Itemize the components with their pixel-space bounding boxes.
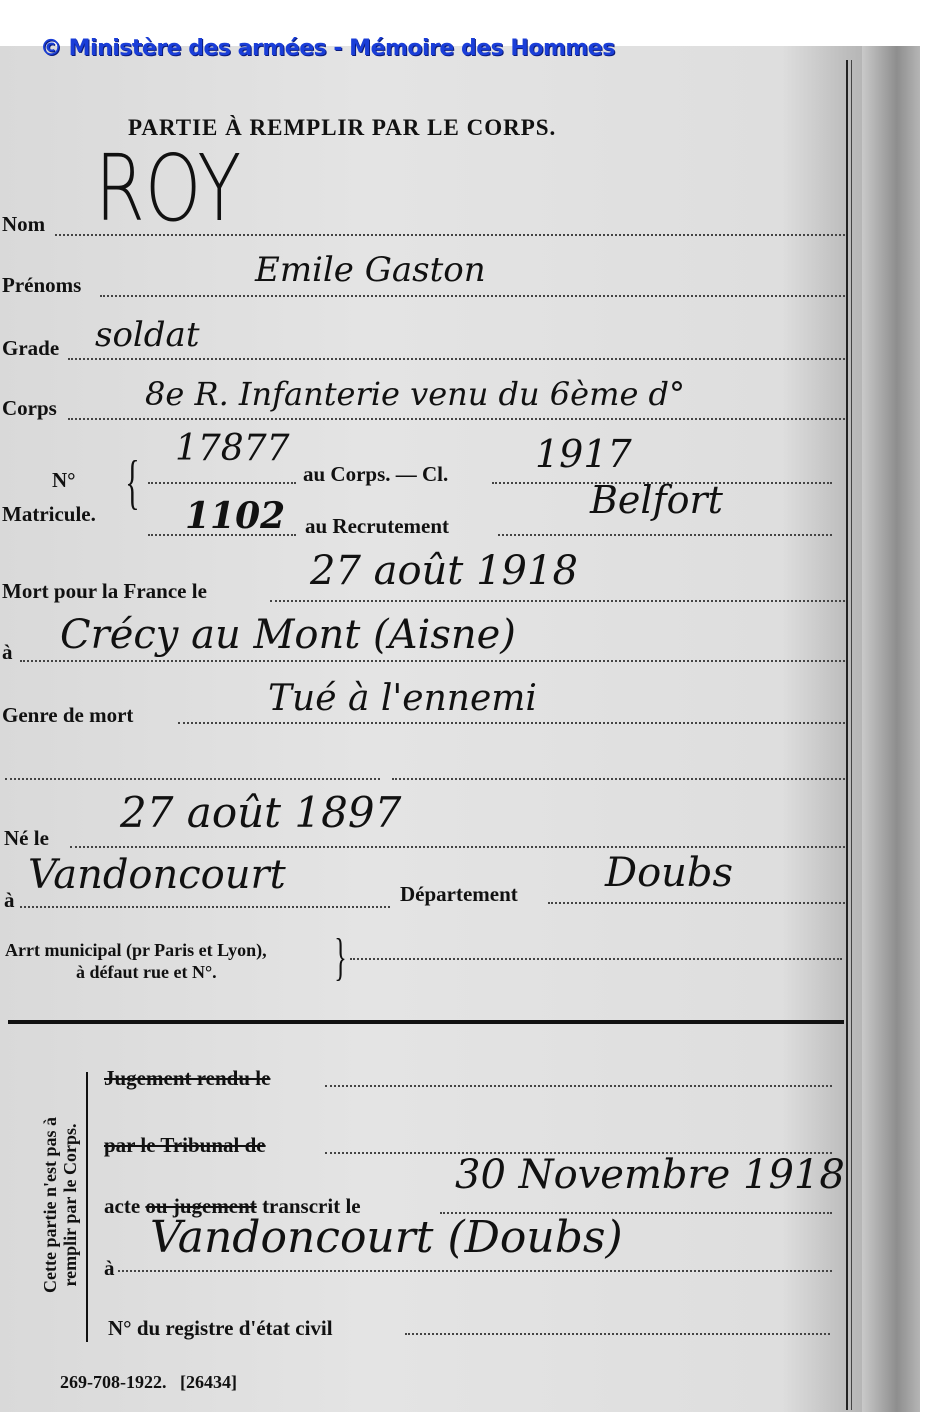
au-corps-label: au Corps. — Cl. <box>303 462 448 487</box>
registre-line <box>405 1333 830 1335</box>
mort-value: 27 août 1918 <box>310 548 578 594</box>
arr-line <box>350 958 842 960</box>
footer-reference: 269-708-1922. [26434] <box>60 1372 237 1393</box>
acte-prefix: acte <box>104 1194 140 1218</box>
jugement-line <box>325 1085 832 1087</box>
grade-label: Grade <box>2 336 59 361</box>
matricule-brace: { <box>125 448 139 517</box>
genre-mort-value: Tué à l'ennemi <box>268 678 537 719</box>
recrutement-line <box>498 534 832 536</box>
mort-label: Mort pour la France le <box>2 579 207 604</box>
transcrit-value: 30 Novembre 1918 <box>455 1152 845 1198</box>
no-corps-value: 17877 <box>175 428 290 469</box>
lieu-naissance-label: à <box>4 888 15 913</box>
transcrit-a-value: Vandoncourt (Doubs) <box>150 1212 623 1263</box>
section-divider <box>8 1020 844 1024</box>
copyright-watermark: © Ministère des armées - Mémoire des Hom… <box>40 36 615 61</box>
genre-mort-line <box>178 722 845 724</box>
border-line-inner <box>851 60 852 1410</box>
prenoms-value: Emile Gaston <box>255 250 486 290</box>
tribunal-label: par le Tribunal de <box>104 1133 266 1158</box>
paper-edge <box>862 46 920 1412</box>
mort-line <box>270 600 845 602</box>
arr-label-1: Arrt municipal (pr Paris et Lyon), <box>5 940 267 961</box>
no-recrutement-value: 1102 <box>185 495 285 537</box>
lieu-mort-value: Crécy au Mont (Aisne) <box>60 612 516 658</box>
corps-value: 8e R. Infanterie venu du 6ème d° <box>145 375 685 413</box>
arr-label-2: à défaut rue et N°. <box>76 962 217 983</box>
transcrit-a-line <box>118 1270 832 1272</box>
nom-label: Nom <box>2 212 45 237</box>
ne-le-line <box>70 846 845 848</box>
lower-bracket <box>86 1072 88 1342</box>
blank-line-left <box>5 778 380 780</box>
grade-line <box>68 358 845 360</box>
side-note: Cette partie n'est pas à remplir par le … <box>40 1105 80 1305</box>
no-corps-line <box>148 482 296 484</box>
corps-label: Corps <box>2 396 57 421</box>
no-label: N° <box>52 468 76 493</box>
jugement-text: Jugement rendu le <box>104 1066 270 1090</box>
ne-le-value: 27 août 1897 <box>120 788 401 837</box>
registre-label: N° du registre d'état civil <box>108 1316 333 1341</box>
departement-value: Doubs <box>605 850 733 896</box>
recrutement-lieu: Belfort <box>590 478 723 522</box>
genre-mort-label: Genre de mort <box>2 703 133 728</box>
corps-line <box>68 418 845 420</box>
lieu-naissance-line <box>20 906 390 908</box>
departement-label: Département <box>400 882 518 907</box>
ne-le-label: Né le <box>4 826 49 851</box>
nom-value: ROY <box>95 135 241 242</box>
tribunal-text: par le Tribunal de <box>104 1133 266 1157</box>
lieu-mort-line <box>20 660 845 662</box>
border-line <box>846 60 848 1410</box>
departement-line <box>548 902 845 904</box>
blank-line-right <box>392 778 845 780</box>
grade-value: soldat <box>95 315 200 355</box>
classe-value: 1917 <box>535 432 632 476</box>
prenoms-line <box>100 295 845 297</box>
matricule-label: Matricule. <box>2 502 96 527</box>
au-recrutement-label: au Recrutement <box>305 514 449 539</box>
lieu-mort-label: à <box>2 640 13 665</box>
lieu-naissance-value: Vandoncourt <box>28 852 286 898</box>
prenoms-label: Prénoms <box>2 273 81 298</box>
transcrit-a-label: à <box>104 1256 115 1281</box>
arr-brace: } <box>334 928 346 987</box>
jugement-label: Jugement rendu le <box>104 1066 270 1091</box>
